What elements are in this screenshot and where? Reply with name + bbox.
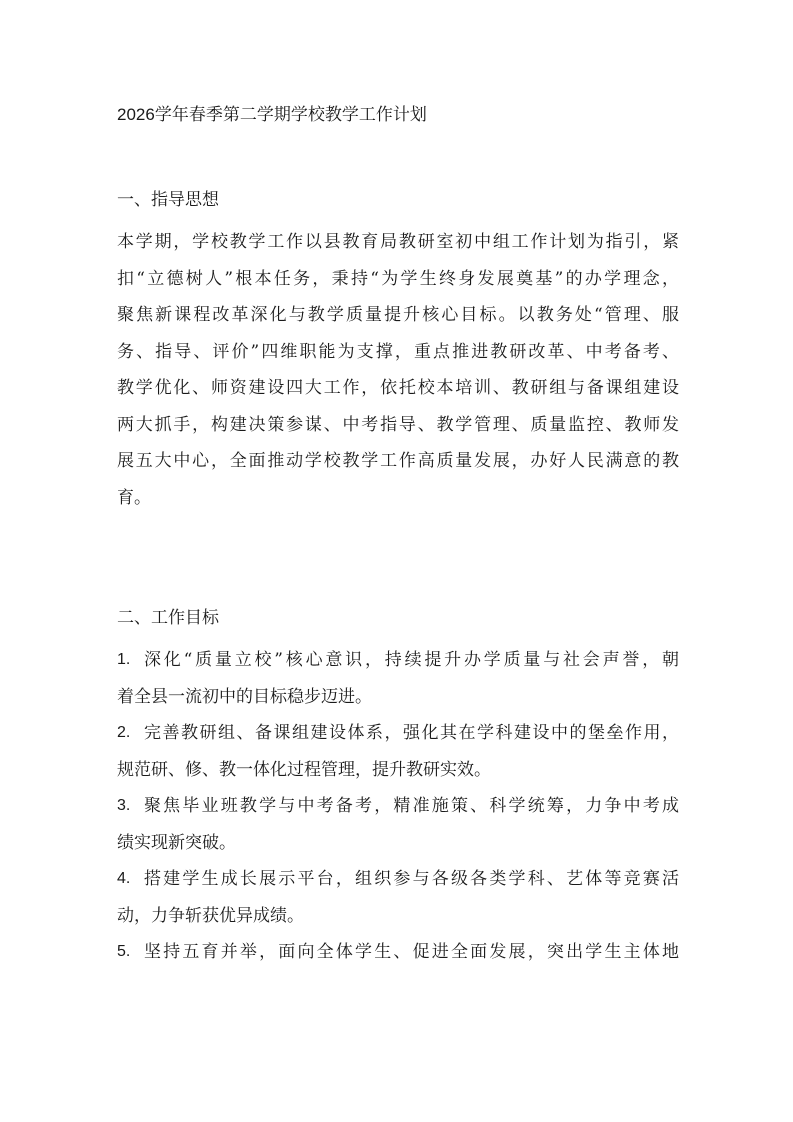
guiding-ideology-paragraph: 本学期，学校教学工作以县教育局教研室初中组工作计划为指引，紧 扣“立德树人”根本… [117,224,679,516]
list-item-line: 规范研、修、教一体化过程管理，提升教研实效。 [117,752,679,789]
list-item-line: 聚焦毕业班教学与中考备考，精准施策、科学统筹，力争中考成 [117,788,679,825]
paragraph-line: 聚焦新课程改革深化与教学质量提升核心目标。以教务处“管理、服 [117,297,679,334]
paragraph-line: 两大抓手，构建决策参谋、中考指导、教学管理、质量监控、教师发 [117,407,679,444]
list-number: 5. [117,934,130,971]
section-heading-guiding-ideology: 一、指导思想 [117,188,219,212]
goal-item-1: 1. 深化“质量立校”核心意识，持续提升办学质量与社会声誉，朝 着全县一流初中的… [117,642,679,715]
paragraph-line: 教学优化、师资建设四大工作，依托校本培训、教研组与备课组建设 [117,370,679,407]
paragraph-line: 扣“立德树人”根本任务，秉持“为学生终身发展奠基”的办学理念， [117,261,679,298]
list-number: 1. [117,642,130,679]
paragraph-line: 育。 [117,480,679,517]
list-number: 4. [117,861,130,898]
list-item-line: 搭建学生成长展示平台，组织参与各级各类学科、艺体等竞赛活 [117,861,679,898]
list-number: 2. [117,715,130,752]
list-item-line: 动，力争斩获优异成绩。 [117,898,679,935]
section-heading-work-goals: 二、工作目标 [117,606,219,630]
paragraph-line: 本学期，学校教学工作以县教育局教研室初中组工作计划为指引，紧 [117,224,679,261]
goal-item-2: 2. 完善教研组、备课组建设体系，强化其在学科建设中的堡垒作用， 规范研、修、教… [117,715,679,788]
goal-item-3: 3. 聚焦毕业班教学与中考备考，精准施策、科学统筹，力争中考成 绩实现新突破。 [117,788,679,861]
list-item-line: 坚持五育并举，面向全体学生、促进全面发展，突出学生主体地 [117,934,679,971]
list-item-line: 着全县一流初中的目标稳步迈进。 [117,679,679,716]
list-item-line: 完善教研组、备课组建设体系，强化其在学科建设中的堡垒作用， [117,715,679,752]
list-number: 3. [117,788,130,825]
goal-item-5: 5. 坚持五育并举，面向全体学生、促进全面发展，突出学生主体地 [117,934,679,971]
document-title: 2026学年春季第二学期学校教学工作计划 [117,103,427,127]
list-item-line: 深化“质量立校”核心意识，持续提升办学质量与社会声誉，朝 [117,642,679,679]
list-item-line: 绩实现新突破。 [117,825,679,862]
goal-item-4: 4. 搭建学生成长展示平台，组织参与各级各类学科、艺体等竞赛活 动，力争斩获优异… [117,861,679,934]
paragraph-line: 务、指导、评价”四维职能为支撑，重点推进教研改革、中考备考、 [117,334,679,371]
paragraph-line: 展五大中心，全面推动学校教学工作高质量发展，办好人民满意的教 [117,443,679,480]
